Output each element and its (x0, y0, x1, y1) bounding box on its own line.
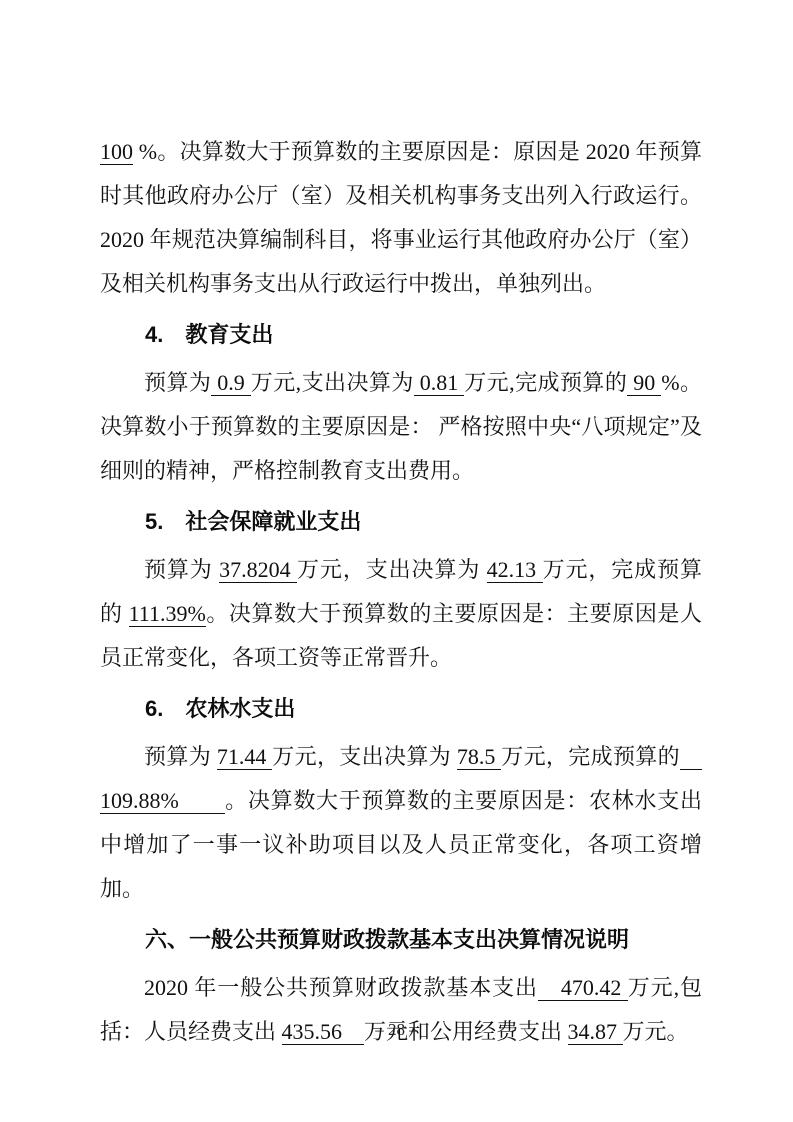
underlined-value: 71.44 (217, 744, 272, 770)
document-content: 100 %。决算数大于预算数的主要原因是：原因是 2020 年预算时其他政府办公… (100, 130, 702, 1054)
text-segment: 万元，支出决算为 (272, 744, 457, 769)
section-education-expenditure: 4. 教育支出 预算为 0.9 万元,支出决算为 0.81 万元,完成预算的 9… (100, 313, 702, 493)
page-number: – 28 – (375, 1020, 418, 1039)
text-segment: 预算为 (144, 557, 219, 582)
underlined-value: 470.42 (538, 975, 628, 1001)
section-heading: 六、一般公共预算财政拨款基本支出决算情况说明 (100, 918, 702, 962)
section-paragraph: 预算为 71.44 万元，支出决算为 78.5 万元，完成预算的 109.88%… (100, 735, 702, 911)
text-segment: %。决算数大于预算数的主要原因是：原因是 2020 年预算时其他政府办公厅（室）… (100, 139, 702, 296)
text-segment: 预算为 (144, 370, 211, 395)
section-heading: 6. 农林水支出 (100, 687, 702, 731)
document-page: 100 %。决算数大于预算数的主要原因是：原因是 2020 年预算时其他政府办公… (0, 0, 793, 1122)
underlined-value: 100 (100, 139, 133, 165)
text-segment: 万元，支出决算为 (297, 557, 487, 582)
underlined-value: 42.13 (487, 557, 543, 583)
underlined-value: 111.39% (129, 601, 206, 627)
text-segment: 2020 年一般公共预算财政拨款基本支出 (144, 975, 538, 1000)
text-segment: 预算为 (144, 744, 217, 769)
intro-paragraph: 100 %。决算数大于预算数的主要原因是：原因是 2020 年预算时其他政府办公… (100, 130, 702, 306)
text-segment: 万元,完成预算的 (464, 370, 627, 395)
text-segment: 万元，完成预算的 (501, 744, 680, 769)
section-agriculture-forestry-water-expenditure: 6. 农林水支出 预算为 71.44 万元，支出决算为 78.5 万元，完成预算… (100, 687, 702, 911)
section-social-security-employment-expenditure: 5. 社会保障就业支出 预算为 37.8204 万元，支出决算为 42.13 万… (100, 500, 702, 680)
underlined-value: 0.81 (414, 370, 464, 396)
underlined-value: 37.8204 (219, 557, 297, 583)
underlined-value: 0.9 (211, 370, 250, 396)
page-footer: – 28 – (0, 1018, 793, 1042)
section-paragraph: 预算为 0.9 万元,支出决算为 0.81 万元,完成预算的 90 %。决算数小… (100, 361, 702, 493)
underlined-value: 78.5 (457, 744, 501, 770)
section-paragraph: 预算为 37.8204 万元，支出决算为 42.13 万元，完成预算的 111.… (100, 548, 702, 680)
underlined-value: 90 (627, 370, 661, 396)
text-segment: 万元,支出决算为 (251, 370, 414, 395)
section-heading: 4. 教育支出 (100, 313, 702, 357)
section-heading: 5. 社会保障就业支出 (100, 500, 702, 544)
